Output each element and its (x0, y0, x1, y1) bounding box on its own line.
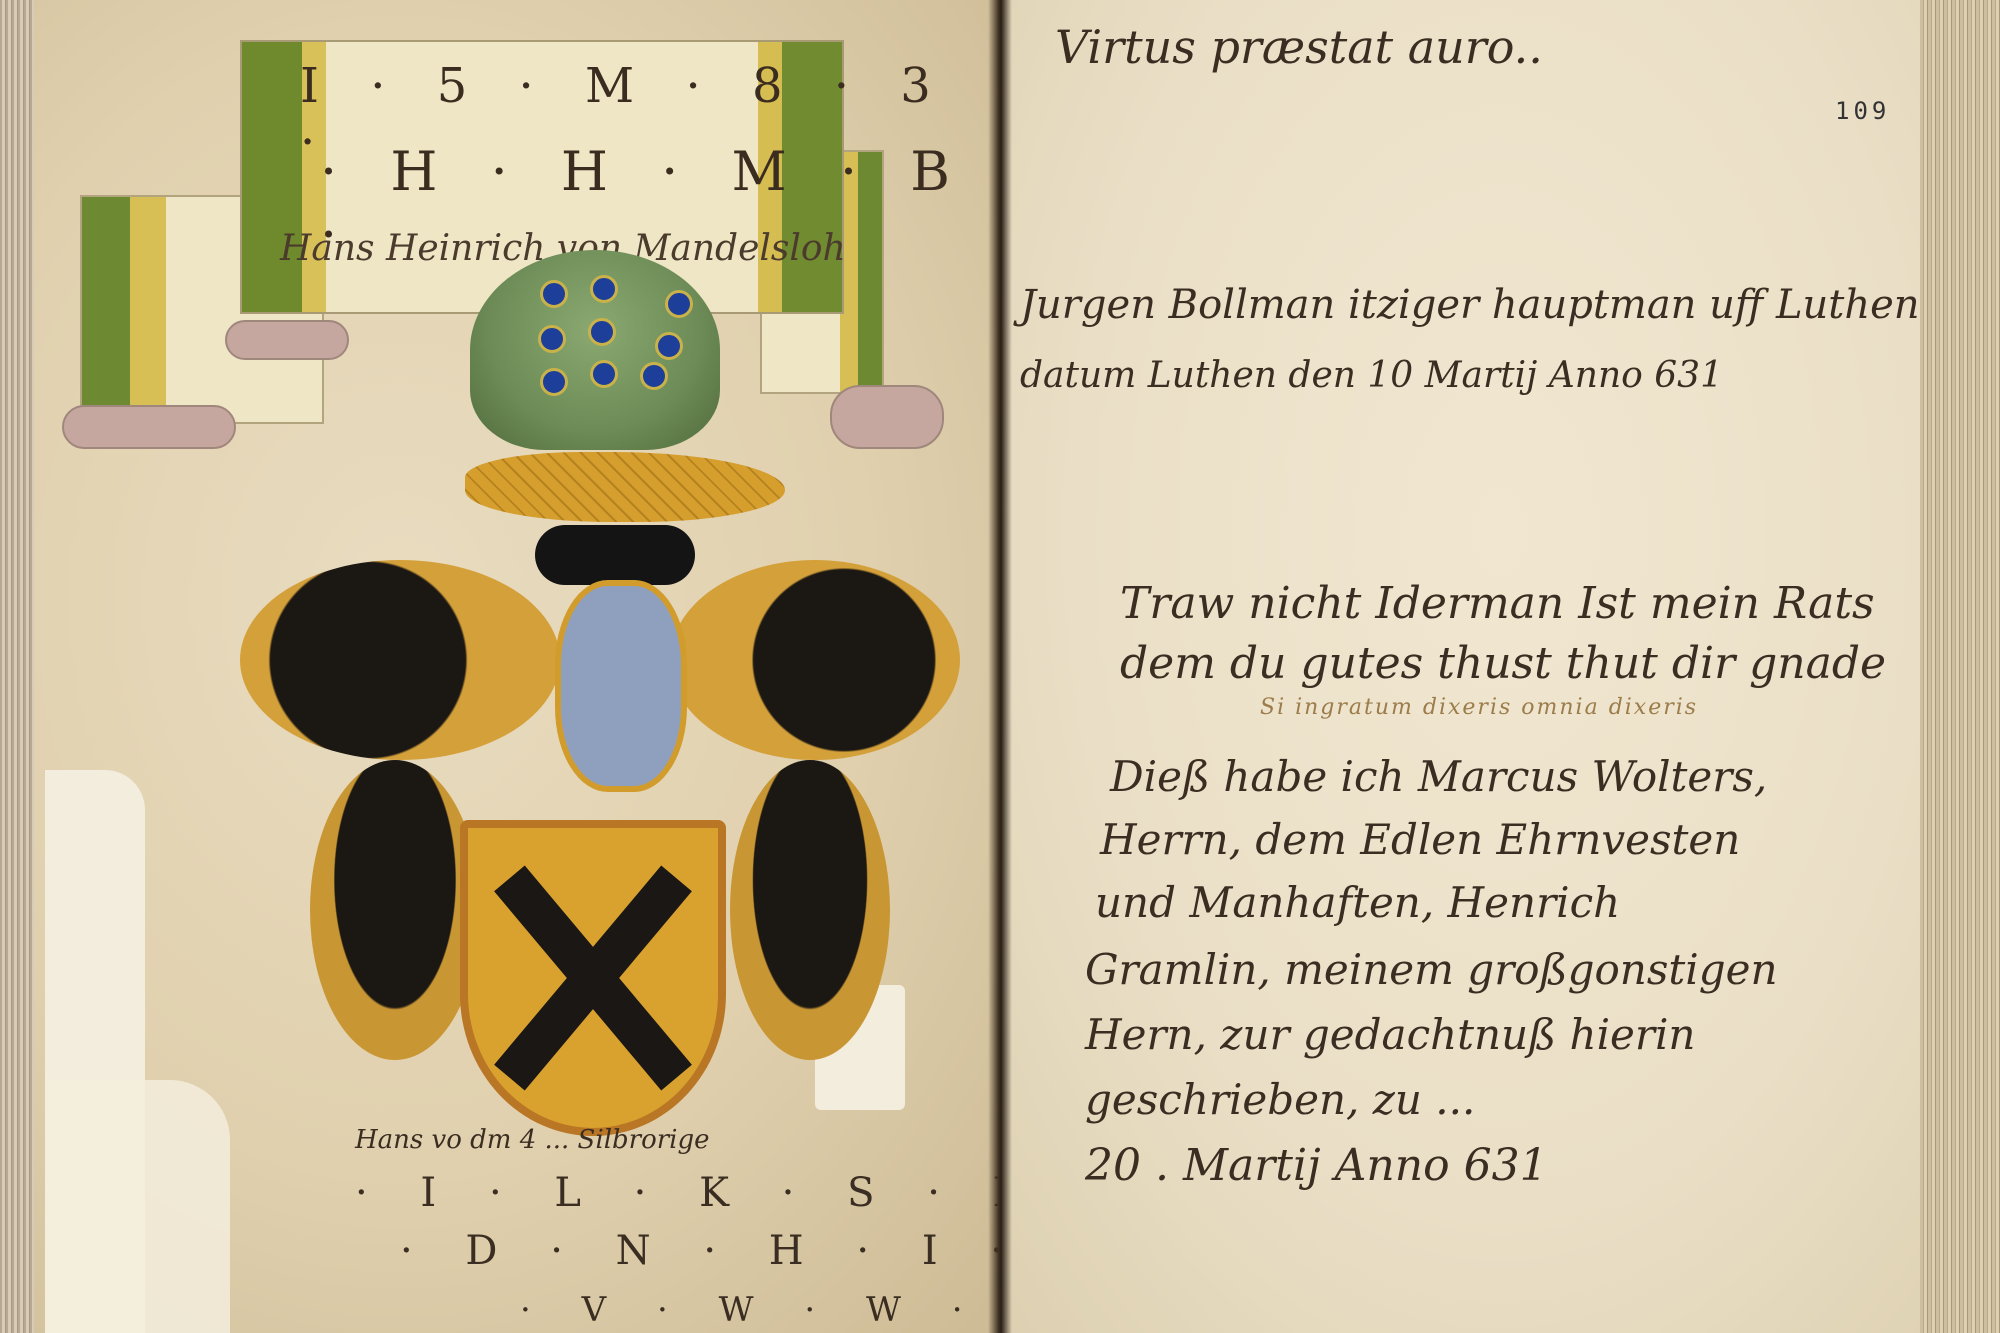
entry2-line3: Dieß habe ich Marcus Wolters, (1110, 752, 1767, 801)
left-page: I · 5 · M · 8 · 3 · · H · H · M · B · Ha… (0, 0, 1000, 1333)
peacock-eye (588, 318, 616, 346)
mantling-lower-left (310, 760, 480, 1060)
book-spread: I · 5 · M · 8 · 3 · · H · H · M · B · Ha… (0, 0, 2000, 1333)
motto: Virtus præstat auro.. (1055, 20, 1543, 74)
left-page-edges (0, 0, 34, 1333)
mantling-left (240, 560, 560, 760)
peacock-eye (665, 290, 693, 318)
peacock-plume-crest (470, 250, 720, 450)
entry2-line6: Gramlin, meinem großgonstigen (1085, 945, 1778, 994)
peacock-eye (538, 325, 566, 353)
mantling-lower-right (730, 760, 890, 1060)
ribbon-fold-left-2 (225, 320, 349, 360)
shield (460, 820, 726, 1136)
peacock-eye (540, 368, 568, 396)
barred-helm (555, 580, 687, 792)
book-gutter (988, 0, 1012, 1333)
entry2-line4: Herrn, dem Edlen Ehrnvesten (1100, 815, 1740, 864)
entry2-line5: und Manhaften, Henrich (1095, 878, 1620, 927)
entry1-line1: Jurgen Bollman itziger hauptman uff Luth… (1020, 282, 1920, 328)
folio-number: 109 (1835, 97, 1890, 125)
peacock-eye (640, 362, 668, 390)
peacock-eye (540, 280, 568, 308)
golden-fish-crest (465, 452, 785, 522)
entry2-line1: Traw nicht Iderman Ist mein Rats (1120, 578, 1875, 629)
peacock-eye (590, 275, 618, 303)
right-page-edges (1920, 0, 2000, 1333)
ribbon-fold-left (62, 405, 236, 449)
torse (535, 525, 695, 585)
mantling-right (670, 560, 960, 760)
entry2-line9: 20 . Martij Anno 631 (1085, 1140, 1548, 1191)
latin-annotation: Si ingratum dixeris omnia dixeris (1260, 695, 1698, 720)
peacock-eye (655, 332, 683, 360)
ribbon-fold-right (830, 385, 944, 449)
inscription-line-1: Hans vo dm 4 ... Silbrorige (355, 1125, 710, 1155)
paper-loss-left-lower (45, 1080, 230, 1333)
entry2-line2: dem du gutes thust thut dir gnade (1120, 638, 1886, 689)
entry2-line8: geschrieben, zu ... (1085, 1075, 1475, 1124)
right-page: Virtus præstat auro.. Jurgen Bollman itz… (1000, 0, 2000, 1333)
entry2-line7: Hern, zur gedachtnuß hierin (1085, 1010, 1695, 1059)
peacock-eye (590, 360, 618, 388)
entry1-line2: datum Luthen den 10 Martij Anno 631 (1020, 355, 1723, 396)
